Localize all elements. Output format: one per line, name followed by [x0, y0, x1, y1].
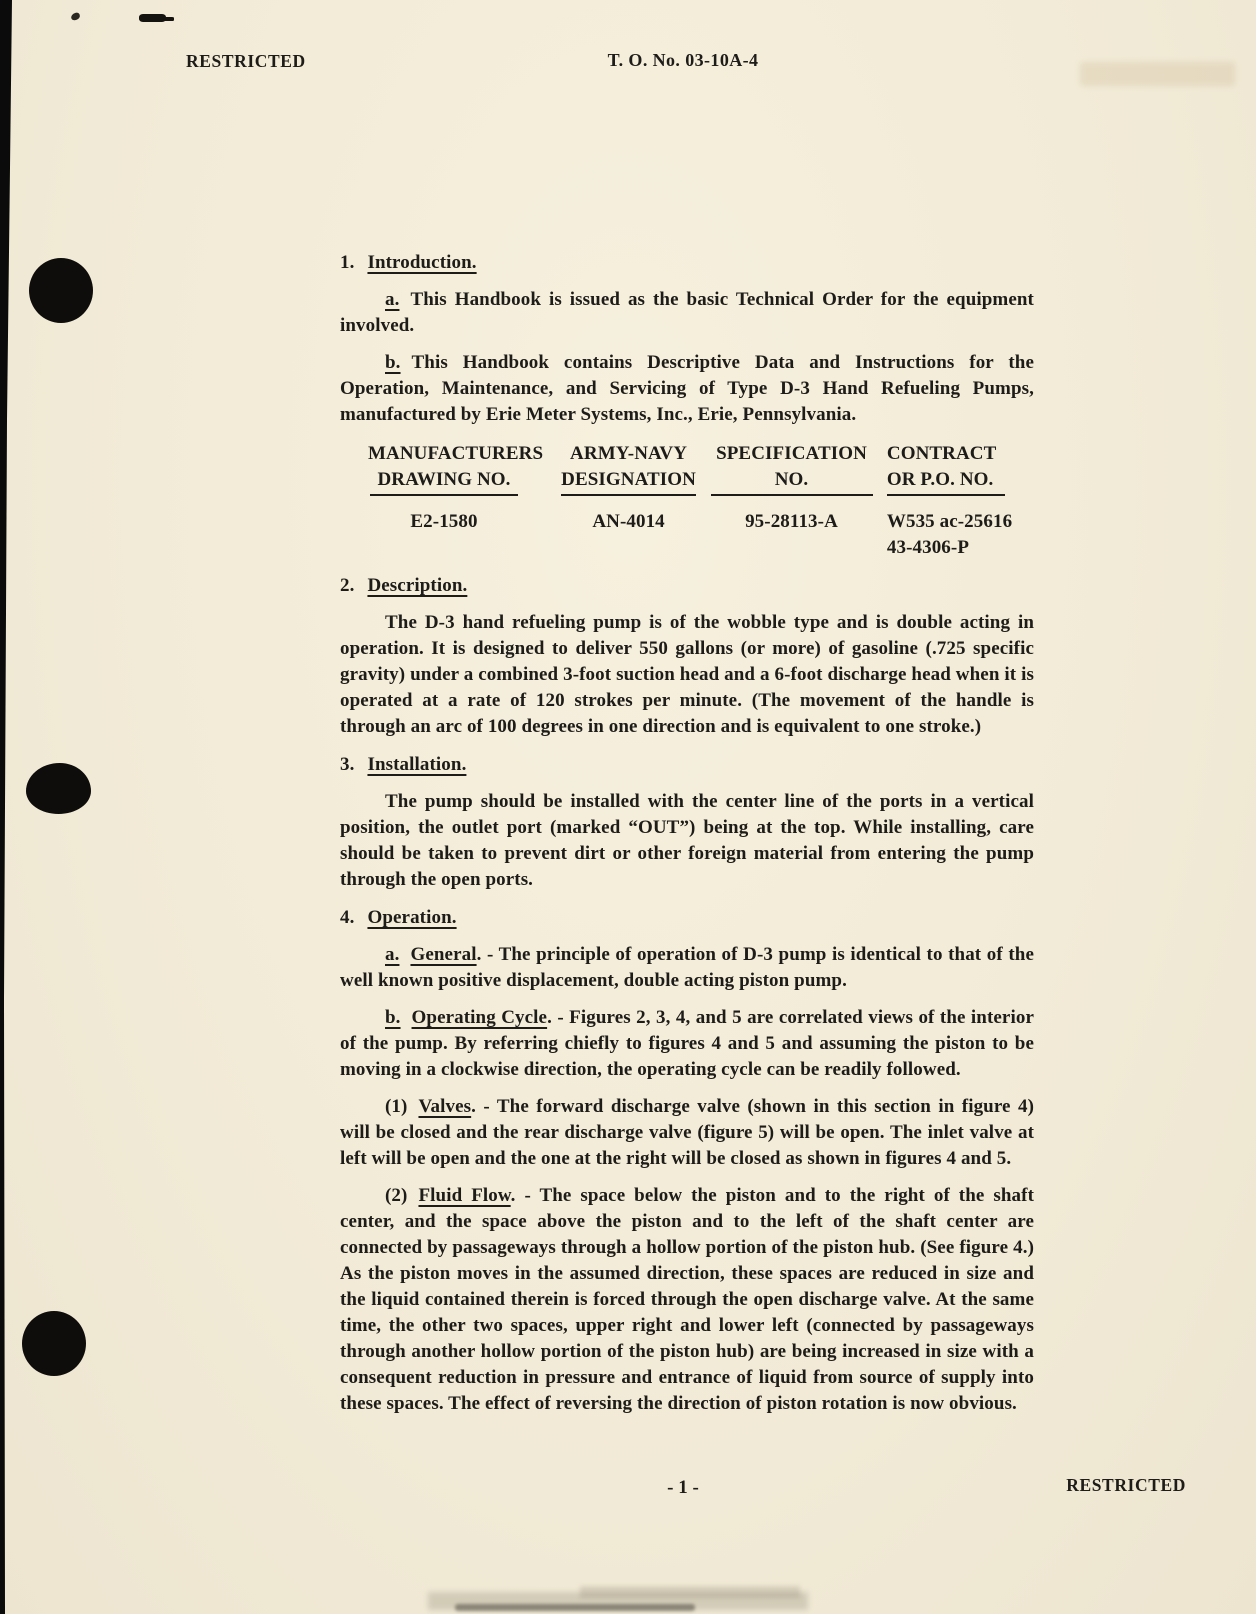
- table-column-drawing-no: MANUFACTURERS DRAWING NO. E2-1580: [368, 441, 520, 561]
- paragraph-text: This Handbook is issued as the basic Tec…: [340, 289, 1034, 336]
- scan-smudge-dark: [455, 1604, 695, 1611]
- punch-hole-middle: [26, 763, 91, 814]
- table-cell: AN-4014: [555, 509, 702, 535]
- paragraph-1a: a.This Handbook is issued as the basic T…: [340, 287, 1034, 339]
- classification-footer: RESTRICTED: [1066, 1475, 1186, 1496]
- paragraph-description: The D-3 hand refueling pump is of the wo…: [340, 610, 1034, 740]
- table-column-specification: SPECIFICATION NO. 95-28113-A: [708, 441, 875, 561]
- table-column-contract: CONTRACT OR P.O. NO. W535 ac-25616 43-43…: [887, 441, 1034, 561]
- spec-table: MANUFACTURERS DRAWING NO. E2-1580 ARMY-N…: [368, 441, 1034, 561]
- section-title: Description.: [367, 575, 467, 596]
- paragraph-label: a.: [385, 944, 399, 965]
- paragraph-term: Valves: [418, 1096, 471, 1117]
- paragraph-label: (2): [385, 1185, 407, 1206]
- column-header: MANUFACTURERS: [368, 441, 520, 467]
- paragraph-label: b.: [385, 352, 401, 373]
- paragraph-1b: b.This Handbook contains Descriptive Dat…: [340, 350, 1034, 428]
- paragraph-4b2-fluid-flow: (2)Fluid Flow. - The space below the pis…: [340, 1183, 1034, 1417]
- section-title: Installation.: [367, 754, 466, 775]
- section-title: Introduction.: [367, 252, 476, 273]
- paragraph-text: The pump should be installed with the ce…: [340, 791, 1034, 890]
- table-cell: 43-4306-P: [887, 535, 1034, 561]
- section-4-heading: 4.Operation.: [340, 905, 1034, 931]
- table-cell: 95-28113-A: [708, 509, 875, 535]
- paragraph-label: (1): [385, 1096, 407, 1117]
- section-3-heading: 3.Installation.: [340, 752, 1034, 778]
- scan-edge-strip: [0, 0, 14, 1614]
- table-column-designation: ARMY-NAVY DESIGNATION AN-4014: [555, 441, 702, 561]
- paragraph-text: . - The space below the piston and to th…: [340, 1185, 1034, 1414]
- column-header: NO.: [708, 467, 875, 496]
- column-header: DESIGNATION: [555, 467, 702, 496]
- paragraph-installation: The pump should be installed with the ce…: [340, 789, 1034, 893]
- column-header: CONTRACT: [887, 441, 1034, 467]
- paragraph-text: The D-3 hand refueling pump is of the wo…: [340, 612, 1034, 737]
- paragraph-term: Operating Cycle: [412, 1007, 548, 1028]
- technical-order-number: T. O. No. 03-10A-4: [0, 50, 1256, 71]
- section-title: Operation.: [367, 907, 456, 928]
- scan-artifact-dash: [139, 14, 166, 22]
- column-header: DRAWING NO.: [368, 467, 520, 496]
- punch-hole-bottom: [22, 1311, 86, 1376]
- scan-smudge-light: [580, 1586, 800, 1598]
- document-body: 1.Introduction. a.This Handbook is issue…: [340, 250, 1034, 1417]
- paragraph-label: b.: [385, 1007, 401, 1028]
- document-page: RESTRICTED T. O. No. 03-10A-4 1.Introduc…: [0, 0, 1256, 1614]
- paragraph-4a: a.General. - The principle of operation …: [340, 942, 1034, 994]
- scan-artifact-dot: [70, 12, 81, 21]
- section-2-heading: 2.Description.: [340, 573, 1034, 599]
- section-1-heading: 1.Introduction.: [340, 250, 1034, 276]
- paragraph-term: Fluid Flow: [418, 1185, 510, 1206]
- paragraph-4b1-valves: (1)Valves. - The forward discharge valve…: [340, 1094, 1034, 1172]
- table-cell: E2-1580: [368, 509, 520, 535]
- table-cell: W535 ac-25616: [887, 509, 1034, 535]
- section-number: 3.: [340, 752, 354, 778]
- column-header: ARMY-NAVY: [555, 441, 702, 467]
- column-header: SPECIFICATION: [708, 441, 875, 467]
- column-header: OR P.O. NO.: [887, 467, 1034, 496]
- punch-hole-top: [29, 258, 93, 323]
- paragraph-label: a.: [385, 289, 399, 310]
- section-number: 4.: [340, 905, 354, 931]
- paragraph-term: General: [410, 944, 476, 965]
- section-number: 1.: [340, 250, 354, 276]
- paragraph-4b: b.Operating Cycle. - Figures 2, 3, 4, an…: [340, 1005, 1034, 1083]
- paragraph-text: This Handbook contains Descriptive Data …: [340, 352, 1034, 425]
- section-number: 2.: [340, 573, 354, 599]
